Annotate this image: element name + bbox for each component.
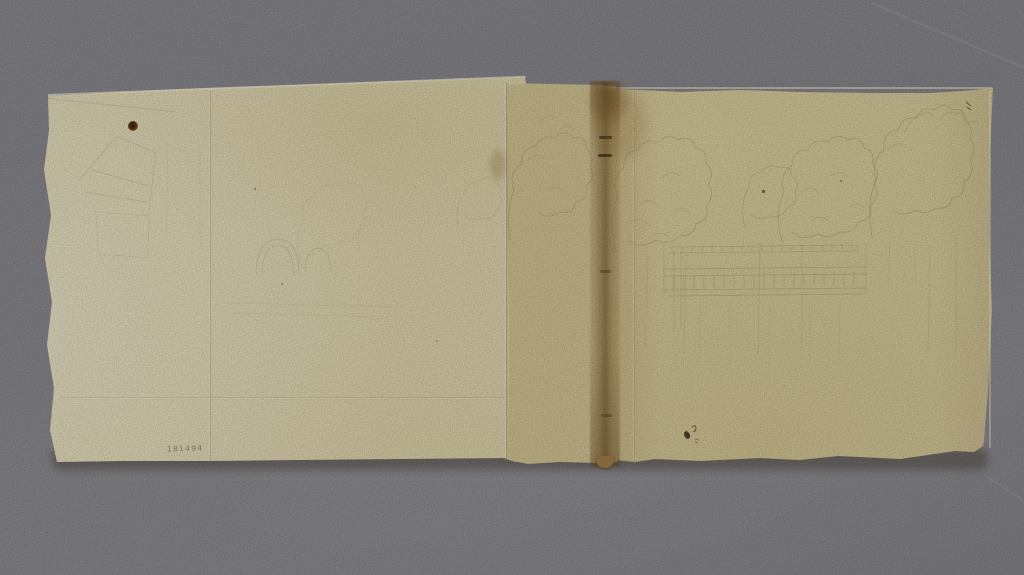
foxing-speck xyxy=(281,283,283,285)
brown-stain xyxy=(596,90,646,160)
foxing-speck xyxy=(840,180,842,182)
foxing-speck xyxy=(436,340,438,342)
seam-stitch xyxy=(601,414,612,417)
seam-stitch xyxy=(600,270,611,273)
background-scratch-streak xyxy=(0,520,109,538)
fold-crease-under-sheet-edge xyxy=(505,83,508,460)
collection-stamp: 181494 xyxy=(167,444,204,454)
background-scratch-streak xyxy=(987,476,1024,521)
foxing-speck xyxy=(762,190,765,193)
fold-crease-left-leaf xyxy=(209,89,212,461)
paper-top-edge-right xyxy=(598,87,992,89)
wormhole-spot xyxy=(128,121,138,131)
background-scratch-streak xyxy=(871,2,1024,70)
photo-background: 181494 xyxy=(0,0,1024,575)
brown-stain xyxy=(490,150,506,180)
horizontal-crease xyxy=(60,397,506,399)
